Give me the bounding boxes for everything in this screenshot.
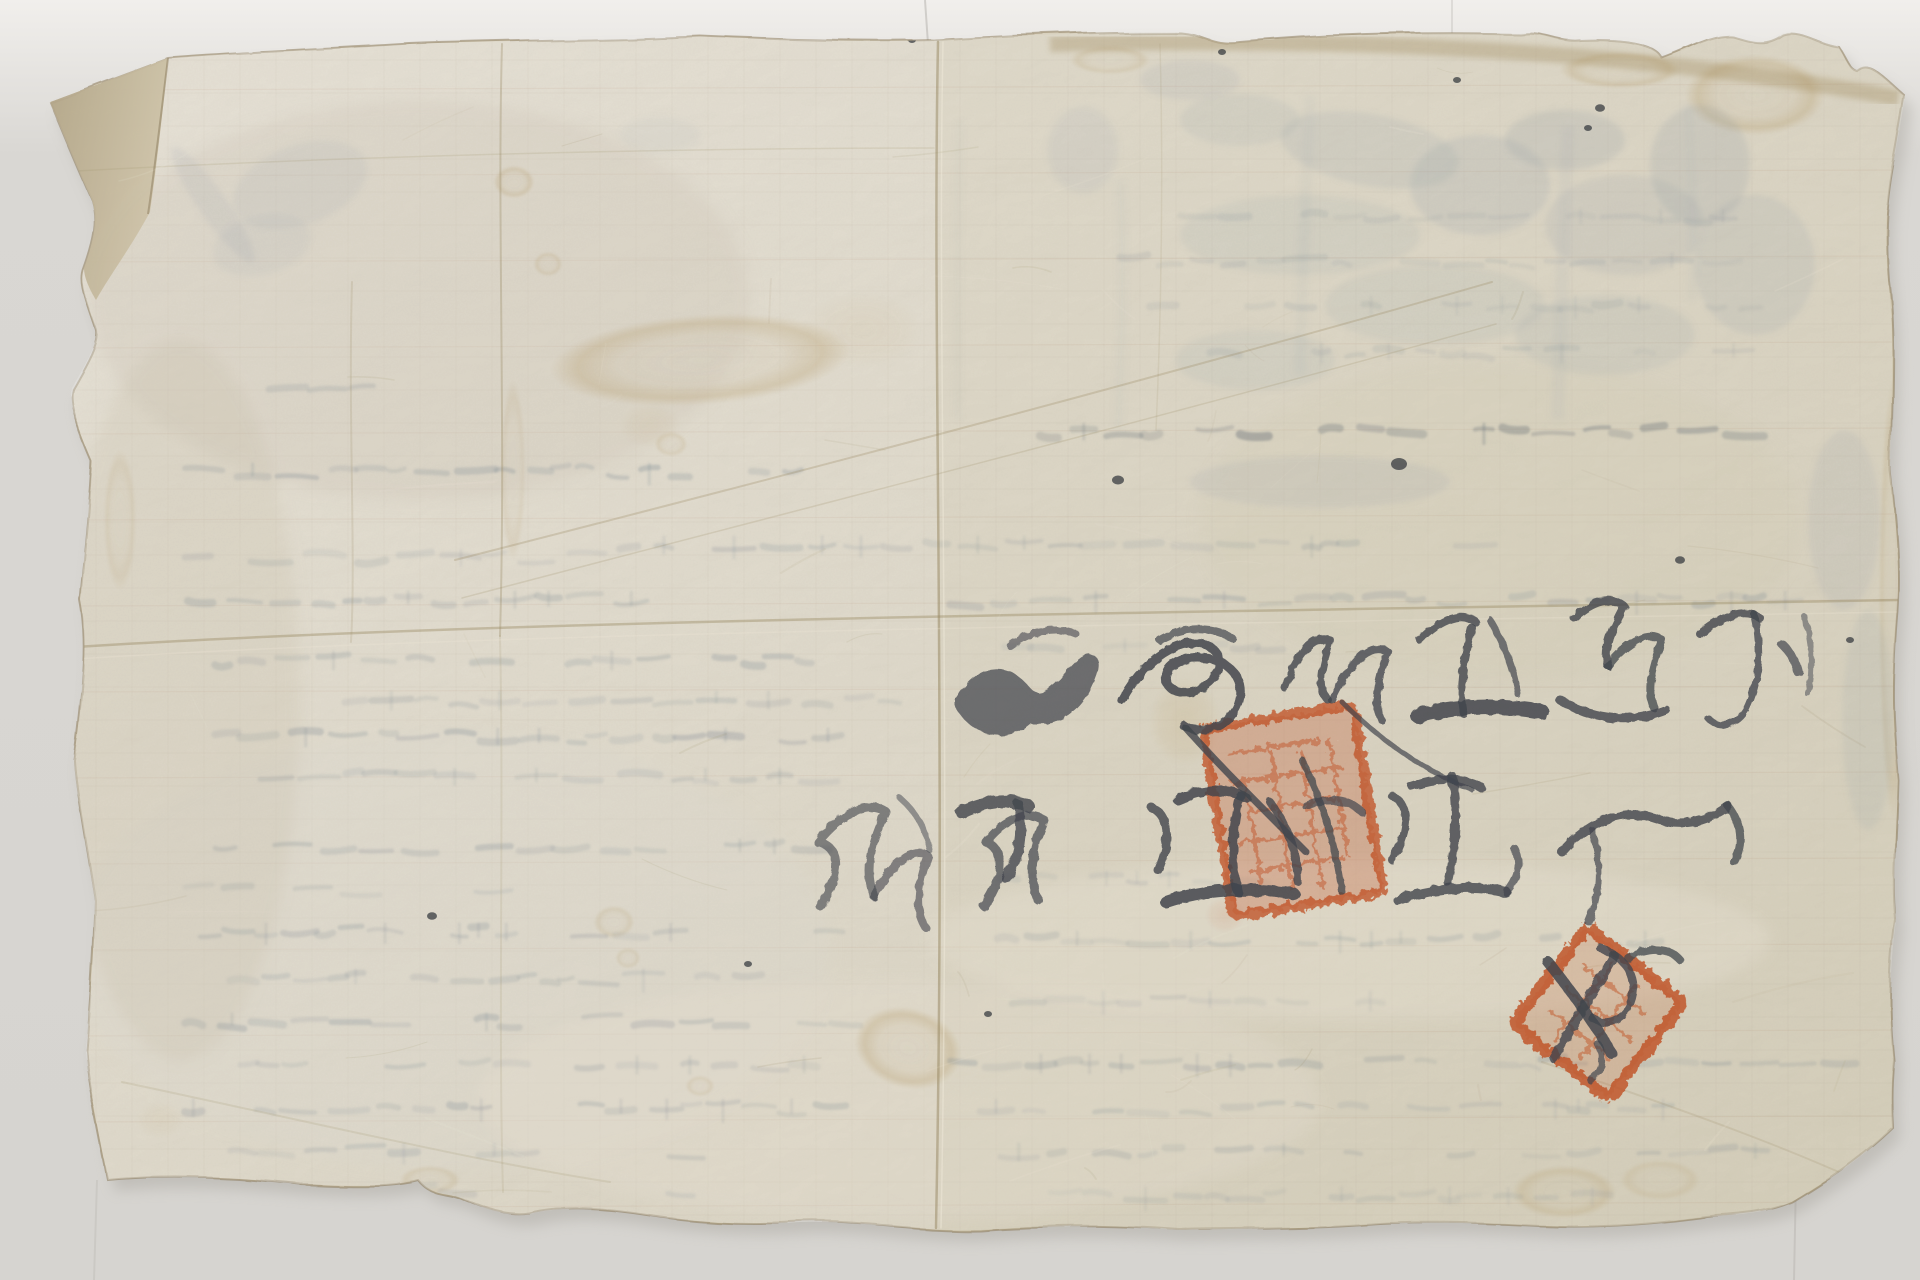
faded-glyph	[993, 603, 1014, 605]
faded-glyph	[1085, 1191, 1110, 1194]
faded-glyph	[1533, 307, 1559, 309]
faded-glyph	[230, 979, 257, 982]
faded-glyph	[1458, 1195, 1479, 1197]
ghost-ink-patch	[1140, 60, 1240, 100]
faded-glyph	[1120, 255, 1148, 258]
faded-glyph	[240, 735, 276, 738]
faded-glyph	[1191, 259, 1211, 261]
faded-glyph	[519, 848, 552, 851]
ghost-ink-patch	[1190, 456, 1450, 508]
faded-glyph	[185, 556, 211, 557]
faded-glyph	[315, 604, 333, 606]
faded-glyph	[1027, 935, 1056, 938]
faded-glyph	[799, 1023, 826, 1025]
faded-glyph	[743, 1105, 775, 1107]
faded-glyph	[1461, 1104, 1500, 1106]
faded-glyph	[251, 1022, 283, 1025]
faded-glyph	[744, 664, 763, 666]
faded-glyph	[330, 977, 346, 979]
faded-glyph	[185, 1022, 203, 1026]
faded-glyph	[1260, 603, 1290, 605]
faded-glyph	[1240, 434, 1269, 437]
faded-glyph	[1703, 1063, 1730, 1064]
faded-glyph	[714, 1065, 735, 1066]
faded-glyph	[241, 660, 263, 662]
faded-glyph	[1058, 1060, 1080, 1063]
faded-glyph	[569, 742, 585, 743]
faded-glyph	[1176, 1196, 1200, 1197]
faded-glyph	[306, 1150, 335, 1151]
faded-glyph	[1322, 543, 1337, 545]
faded-glyph	[1524, 1155, 1559, 1157]
faded-glyph	[801, 781, 837, 782]
faded-glyph	[1229, 1199, 1263, 1200]
faded-glyph	[492, 978, 517, 981]
faded-glyph	[330, 734, 365, 736]
faded-glyph	[613, 700, 651, 702]
faded-glyph	[847, 696, 872, 698]
faded-glyph	[397, 772, 434, 774]
faded-glyph	[381, 732, 396, 734]
faded-glyph	[1589, 1104, 1606, 1105]
faded-glyph	[434, 604, 453, 606]
faded-glyph	[1287, 305, 1314, 308]
faded-glyph	[1106, 434, 1141, 436]
faded-glyph	[224, 929, 253, 932]
faded-glyph	[188, 601, 213, 603]
faded-glyph	[408, 657, 432, 660]
faded-glyph	[1050, 545, 1082, 546]
faded-glyph	[1512, 594, 1533, 597]
faded-glyph	[363, 660, 395, 662]
faded-glyph	[306, 552, 343, 555]
faded-glyph	[272, 603, 298, 604]
faded-glyph	[277, 658, 308, 659]
faded-glyph	[346, 771, 361, 774]
faded-glyph	[1572, 262, 1603, 265]
faded-glyph	[1636, 351, 1654, 354]
faded-glyph	[1670, 1152, 1708, 1155]
faded-glyph	[1490, 215, 1528, 217]
ghost-ink-drip	[1688, 105, 1693, 300]
faded-glyph	[780, 741, 805, 743]
faded-glyph	[1024, 1110, 1044, 1111]
faded-glyph	[565, 778, 601, 780]
ink-speck	[1453, 77, 1461, 83]
faded-glyph	[404, 851, 437, 853]
faded-glyph	[1408, 599, 1423, 601]
faded-glyph	[345, 700, 365, 702]
faded-glyph	[342, 894, 380, 896]
ghost-ink-patch	[1842, 610, 1894, 830]
faded-glyph	[1095, 1152, 1129, 1156]
faded-glyph	[357, 468, 385, 469]
faded-glyph	[997, 937, 1015, 940]
faded-glyph	[399, 552, 432, 555]
faded-glyph	[603, 851, 627, 852]
faded-glyph	[1638, 1153, 1659, 1154]
faded-glyph	[1129, 1112, 1166, 1114]
faded-glyph	[283, 1063, 306, 1065]
faded-glyph	[350, 386, 373, 388]
faded-glyph	[1040, 436, 1058, 438]
faded-glyph	[797, 660, 811, 663]
faded-glyph	[240, 1062, 257, 1065]
ink-speck	[1595, 104, 1605, 112]
faded-glyph	[496, 469, 513, 471]
ink-speck	[984, 1011, 992, 1017]
faded-glyph	[1543, 936, 1559, 938]
faded-glyph	[1217, 1148, 1251, 1150]
faded-glyph	[587, 734, 606, 737]
faded-glyph	[583, 1015, 621, 1018]
faded-glyph	[260, 777, 292, 779]
faded-glyph	[1346, 354, 1363, 357]
faded-glyph	[668, 1193, 694, 1196]
faded-glyph	[985, 1065, 1019, 1067]
faded-glyph	[1726, 435, 1764, 436]
faded-glyph	[1443, 353, 1463, 356]
faded-glyph	[260, 1153, 293, 1156]
stain	[616, 948, 640, 968]
faded-glyph	[415, 1109, 432, 1111]
faded-glyph	[615, 935, 646, 937]
ink-speck	[1112, 476, 1124, 485]
faded-glyph	[753, 1068, 788, 1070]
faded-glyph	[1824, 1063, 1857, 1064]
faded-glyph	[1659, 595, 1681, 597]
faded-glyph	[1365, 594, 1403, 597]
faded-glyph	[1259, 260, 1282, 261]
faded-glyph	[763, 546, 800, 548]
stain	[686, 1076, 714, 1096]
ink-speck	[427, 912, 437, 920]
faded-glyph	[568, 662, 590, 664]
faded-glyph	[1341, 1104, 1366, 1107]
faded-glyph	[572, 936, 607, 937]
faded-glyph	[519, 975, 535, 977]
faded-glyph	[1223, 1107, 1251, 1108]
faded-glyph	[636, 849, 664, 851]
faded-glyph	[1668, 1060, 1697, 1063]
faded-glyph	[1533, 433, 1573, 435]
faded-glyph	[682, 1103, 701, 1105]
faded-glyph	[200, 935, 220, 936]
stain	[1620, 1160, 1700, 1200]
faded-glyph	[1643, 426, 1664, 429]
faded-glyph	[458, 469, 496, 471]
faded-glyph	[275, 844, 311, 845]
faded-glyph	[525, 702, 556, 705]
faded-glyph	[450, 1105, 465, 1106]
faded-glyph	[1285, 257, 1325, 260]
faded-glyph	[1259, 1103, 1283, 1105]
faded-glyph	[553, 847, 587, 851]
faded-glyph	[520, 562, 553, 563]
faded-glyph	[1366, 217, 1398, 220]
stain	[534, 252, 562, 276]
faded-glyph	[620, 546, 638, 549]
faded-glyph	[1686, 221, 1709, 223]
faded-glyph	[613, 737, 640, 740]
faded-glyph	[1265, 1191, 1284, 1194]
faded-glyph	[299, 777, 339, 779]
faded-glyph	[364, 772, 395, 774]
faded-glyph	[360, 851, 392, 852]
ink-speck	[1846, 637, 1854, 643]
faded-glyph	[185, 468, 223, 471]
faded-glyph	[1219, 544, 1253, 546]
faded-glyph	[317, 933, 333, 936]
faded-glyph	[478, 846, 511, 848]
faded-glyph	[340, 926, 362, 928]
faded-glyph	[224, 886, 252, 888]
faded-glyph	[1614, 260, 1641, 262]
faded-glyph	[1620, 1109, 1644, 1110]
faded-glyph	[559, 978, 573, 981]
ink-speck	[1584, 125, 1592, 131]
faded-glyph	[416, 698, 436, 700]
faded-glyph	[500, 1027, 520, 1028]
faded-glyph	[816, 931, 843, 932]
faded-glyph	[1336, 215, 1364, 217]
faded-glyph	[1297, 597, 1328, 599]
faded-glyph	[735, 975, 762, 977]
faded-glyph	[543, 982, 559, 984]
faded-glyph	[1221, 216, 1249, 217]
faded-glyph	[388, 469, 404, 472]
faded-glyph	[251, 562, 291, 563]
faded-glyph	[1550, 602, 1575, 603]
faded-glyph	[1334, 262, 1350, 265]
faded-glyph	[280, 1110, 315, 1112]
faded-glyph	[1449, 1153, 1473, 1156]
faded-glyph	[215, 847, 235, 849]
ghost-ink-patch	[1175, 330, 1335, 390]
faded-glyph	[1144, 434, 1160, 437]
faded-glyph	[1261, 541, 1288, 543]
ink-speck	[1675, 556, 1685, 564]
faded-glyph	[475, 890, 511, 893]
faded-glyph	[816, 1104, 846, 1106]
stain	[620, 403, 680, 447]
faded-glyph	[295, 979, 325, 981]
faded-glyph	[1439, 604, 1466, 606]
ink-speck	[744, 961, 752, 967]
faded-glyph	[215, 732, 238, 734]
faded-glyph	[1680, 429, 1716, 431]
faded-glyph	[1095, 1111, 1122, 1113]
faded-glyph	[1417, 350, 1434, 353]
faded-glyph	[1298, 943, 1316, 944]
faded-glyph	[1612, 433, 1630, 436]
faded-glyph	[1247, 304, 1272, 307]
faded-glyph	[577, 1067, 602, 1069]
faded-glyph	[681, 1020, 712, 1022]
faded-glyph	[1180, 216, 1216, 217]
faded-glyph	[1012, 1002, 1044, 1004]
faded-glyph	[379, 1105, 399, 1107]
shading-blob	[60, 340, 300, 1060]
faded-glyph	[1142, 1060, 1181, 1062]
faded-glyph	[1233, 647, 1258, 650]
faded-glyph	[655, 702, 692, 705]
faded-glyph	[416, 472, 447, 474]
faded-glyph	[1403, 261, 1438, 263]
faded-glyph	[413, 977, 436, 980]
faded-glyph	[1050, 1152, 1064, 1154]
faded-glyph	[1781, 1063, 1815, 1065]
faded-glyph	[1569, 1150, 1598, 1154]
faded-glyph	[805, 703, 831, 705]
faded-glyph	[347, 1145, 384, 1147]
faded-glyph	[1358, 1198, 1393, 1201]
faded-glyph	[580, 1103, 603, 1105]
faded-glyph	[569, 552, 605, 553]
faded-glyph	[331, 1110, 368, 1112]
ghost-ink-drip	[957, 120, 960, 420]
faded-glyph	[1170, 599, 1199, 600]
faded-glyph	[228, 600, 261, 603]
faded-glyph	[1487, 1064, 1516, 1065]
faded-glyph	[1129, 944, 1167, 945]
faded-glyph	[572, 700, 603, 703]
faded-glyph	[715, 657, 734, 658]
manuscript-photograph	[0, 0, 1920, 1280]
faded-glyph	[1258, 650, 1283, 651]
faded-glyph	[1466, 356, 1492, 359]
stain	[104, 450, 136, 590]
faded-glyph	[1359, 427, 1381, 429]
faded-glyph	[1237, 1000, 1264, 1002]
stain	[802, 292, 922, 368]
ghost-ink-patch	[1047, 106, 1119, 194]
faded-glyph	[795, 849, 830, 850]
faded-glyph	[1742, 1062, 1778, 1064]
faded-glyph	[531, 470, 552, 472]
faded-glyph	[1746, 596, 1764, 599]
ghost-ink-patch	[620, 117, 700, 153]
faded-glyph	[697, 975, 718, 978]
faded-glyph	[358, 560, 386, 564]
faded-glyph	[1346, 1152, 1361, 1154]
faded-glyph	[1223, 264, 1244, 266]
faded-glyph	[258, 1064, 277, 1066]
ghost-ink-patch	[1808, 430, 1880, 610]
faded-glyph	[880, 701, 900, 703]
faded-glyph	[293, 1019, 327, 1021]
faded-glyph	[1417, 1060, 1435, 1062]
faded-glyph	[447, 731, 474, 733]
faded-glyph	[568, 594, 602, 597]
faded-glyph	[1390, 432, 1423, 435]
faded-glyph	[1708, 307, 1725, 309]
faded-glyph	[1150, 305, 1176, 306]
faded-glyph	[1429, 936, 1461, 939]
stain	[136, 1102, 184, 1138]
faded-glyph	[1504, 348, 1529, 349]
faded-glyph	[1602, 216, 1638, 217]
faded-glyph	[1476, 934, 1497, 938]
faded-glyph	[323, 849, 354, 852]
faded-glyph	[751, 471, 767, 472]
micro-crease	[1103, 973, 1104, 997]
faded-glyph	[367, 600, 383, 601]
faded-glyph	[1031, 647, 1061, 649]
faded-glyph	[309, 388, 345, 390]
faded-glyph	[264, 975, 288, 977]
faded-glyph	[950, 605, 980, 608]
faded-glyph	[673, 779, 692, 781]
micro-crease	[166, 912, 272, 913]
faded-glyph	[831, 1023, 861, 1026]
faded-glyph	[764, 656, 791, 657]
ink-speck	[1218, 49, 1226, 55]
faded-glyph	[453, 981, 481, 982]
faded-glyph	[1334, 596, 1351, 598]
faded-glyph	[926, 542, 948, 544]
faded-glyph	[1367, 1058, 1402, 1060]
faded-glyph	[656, 737, 672, 739]
faded-glyph	[295, 887, 331, 889]
micro-crease	[998, 999, 1042, 1000]
faded-glyph	[715, 1025, 747, 1026]
faded-glyph	[1456, 545, 1496, 546]
faded-glyph	[1339, 543, 1357, 544]
paper-sheet	[0, 0, 1920, 1280]
faded-glyph	[577, 466, 593, 468]
photograph-stage	[0, 0, 1920, 1280]
faded-glyph	[1152, 997, 1185, 998]
faded-glyph	[1082, 544, 1113, 546]
faded-glyph	[283, 931, 317, 934]
ink-speck	[1391, 458, 1407, 470]
faded-glyph	[1711, 1147, 1735, 1150]
faded-glyph	[580, 982, 617, 984]
faded-glyph	[1322, 428, 1340, 430]
faded-glyph	[675, 735, 703, 737]
faded-glyph	[215, 665, 230, 667]
faded-glyph	[1032, 599, 1070, 601]
faded-glyph	[1304, 212, 1324, 214]
faded-glyph	[185, 885, 212, 888]
faded-glyph	[1250, 1065, 1271, 1066]
faded-glyph	[277, 476, 317, 478]
faded-glyph	[1126, 543, 1161, 545]
stain	[1070, 46, 1150, 74]
faded-glyph	[1207, 1195, 1227, 1199]
faded-glyph	[466, 602, 486, 605]
faded-glyph	[552, 465, 569, 467]
faded-glyph	[220, 1026, 244, 1029]
faded-glyph	[1503, 428, 1526, 431]
faded-glyph	[634, 1023, 672, 1025]
faded-glyph	[732, 779, 754, 780]
faded-glyph	[269, 387, 306, 389]
faded-glyph	[882, 546, 909, 549]
faded-glyph	[669, 1157, 704, 1159]
faded-glyph	[1487, 261, 1506, 263]
faded-glyph	[1595, 303, 1620, 306]
faded-glyph	[1446, 265, 1482, 266]
faded-glyph	[1546, 261, 1564, 262]
faded-glyph	[621, 772, 660, 775]
faded-glyph	[1741, 307, 1761, 309]
